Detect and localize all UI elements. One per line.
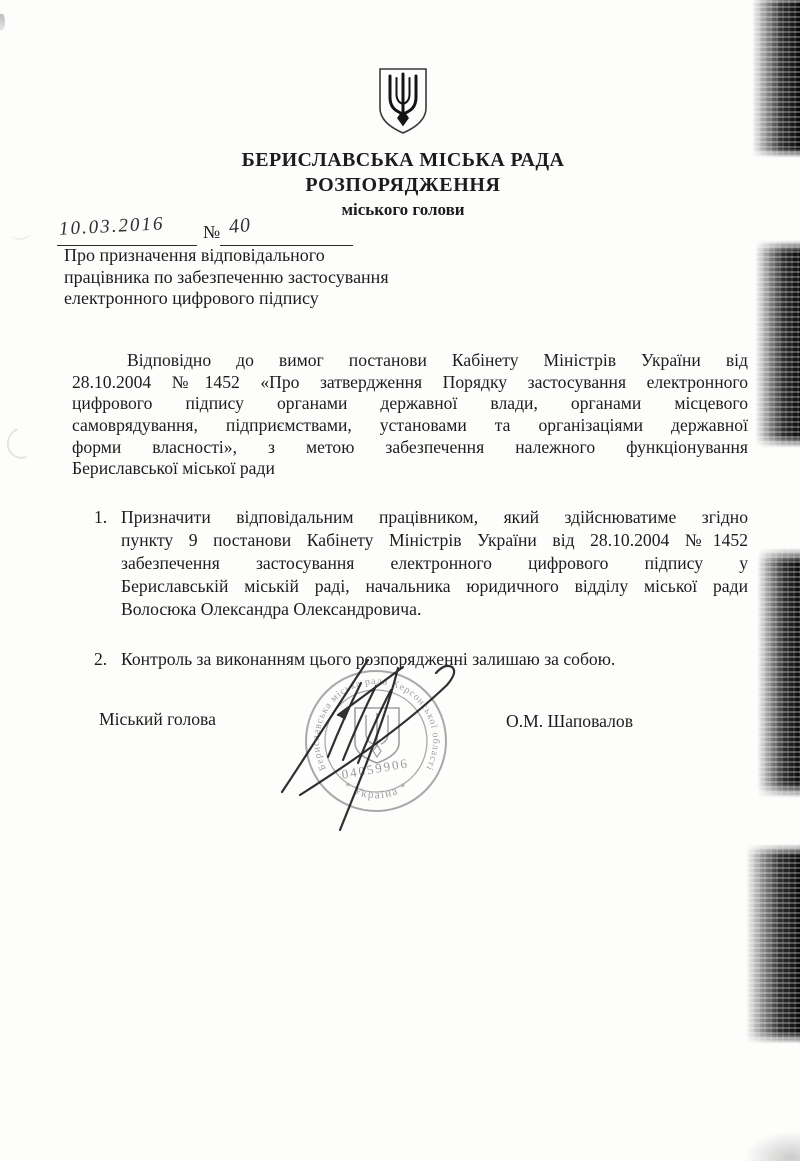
stamp-country-text: * Україна * [341,780,411,801]
scan-speck [0,14,5,30]
paragraph-line: Бериславської міської ради [72,458,748,480]
paragraph-line: цифрового підпису органами державної вла… [72,393,748,415]
handwritten-date: 10.03.2016 [58,213,165,240]
paragraph-line: форми власності», з метою забезпечення н… [72,437,748,459]
paragraph-line: 28.10.2004 №1452 «Про затвердження Поряд… [72,372,748,394]
scan-artifact-band [757,548,800,798]
subject-block: Про призначення відповідального працівни… [64,245,389,310]
list-item-line: Призначити відповідальним працівником, я… [121,506,748,529]
subject-line: Про призначення відповідального [64,245,389,267]
list-item-line: Бериславській міській раді, начальника ю… [121,575,748,598]
scan-smudge [744,1131,800,1161]
list-item-1: 1. Призначити відповідальним працівником… [94,506,748,621]
stamp-code: 04059906 [340,755,410,782]
list-item-number: 1. [94,506,107,529]
scan-smudge [2,422,42,463]
subject-line: електронного цифрового підпису [64,288,389,310]
scan-artifact-band [755,240,800,448]
scan-smudge [11,227,30,241]
document-type-title: РОЗПОРЯДЖЕННЯ [3,174,800,197]
list-item-number: 2. [94,648,107,671]
handwritten-number: 40 [228,214,252,239]
signer-name: О.М. Шаповалов [506,711,633,732]
list-item-line: пункту 9 постанови Кабінету Міністрів Ук… [121,529,748,552]
paragraph-line: Відповідно до вимог постанови Кабінету М… [72,350,748,372]
list-item-line: Волосюка Олександра Олександровича. [121,598,748,621]
scan-artifact-band [746,844,800,1044]
paragraph-line: самоврядування, підприємствами, установа… [72,415,748,437]
signer-position: Міський голова [99,709,216,730]
scanned-document-page: БЕРИСЛАВСЬКА МІСЬКА РАДА РОЗПОРЯДЖЕННЯ м… [0,0,800,1161]
number-sign-label: № [203,222,220,243]
official-stamp-and-signature: Бериславська міська рада Херсонської обл… [225,640,495,850]
subject-line: працівника по забезпеченню застосування [64,267,389,289]
intro-paragraph: Відповідно до вимог постанови Кабінету М… [72,350,748,480]
scan-artifact-band [752,0,800,158]
ukraine-trident-coat-of-arms-icon [377,67,429,142]
svg-text:* Україна *: * Україна * [341,780,411,801]
list-item-line: забезпечення застосування електронного ц… [121,552,748,575]
organization-name: БЕРИСЛАВСЬКА МІСЬКА РАДА [3,149,800,172]
